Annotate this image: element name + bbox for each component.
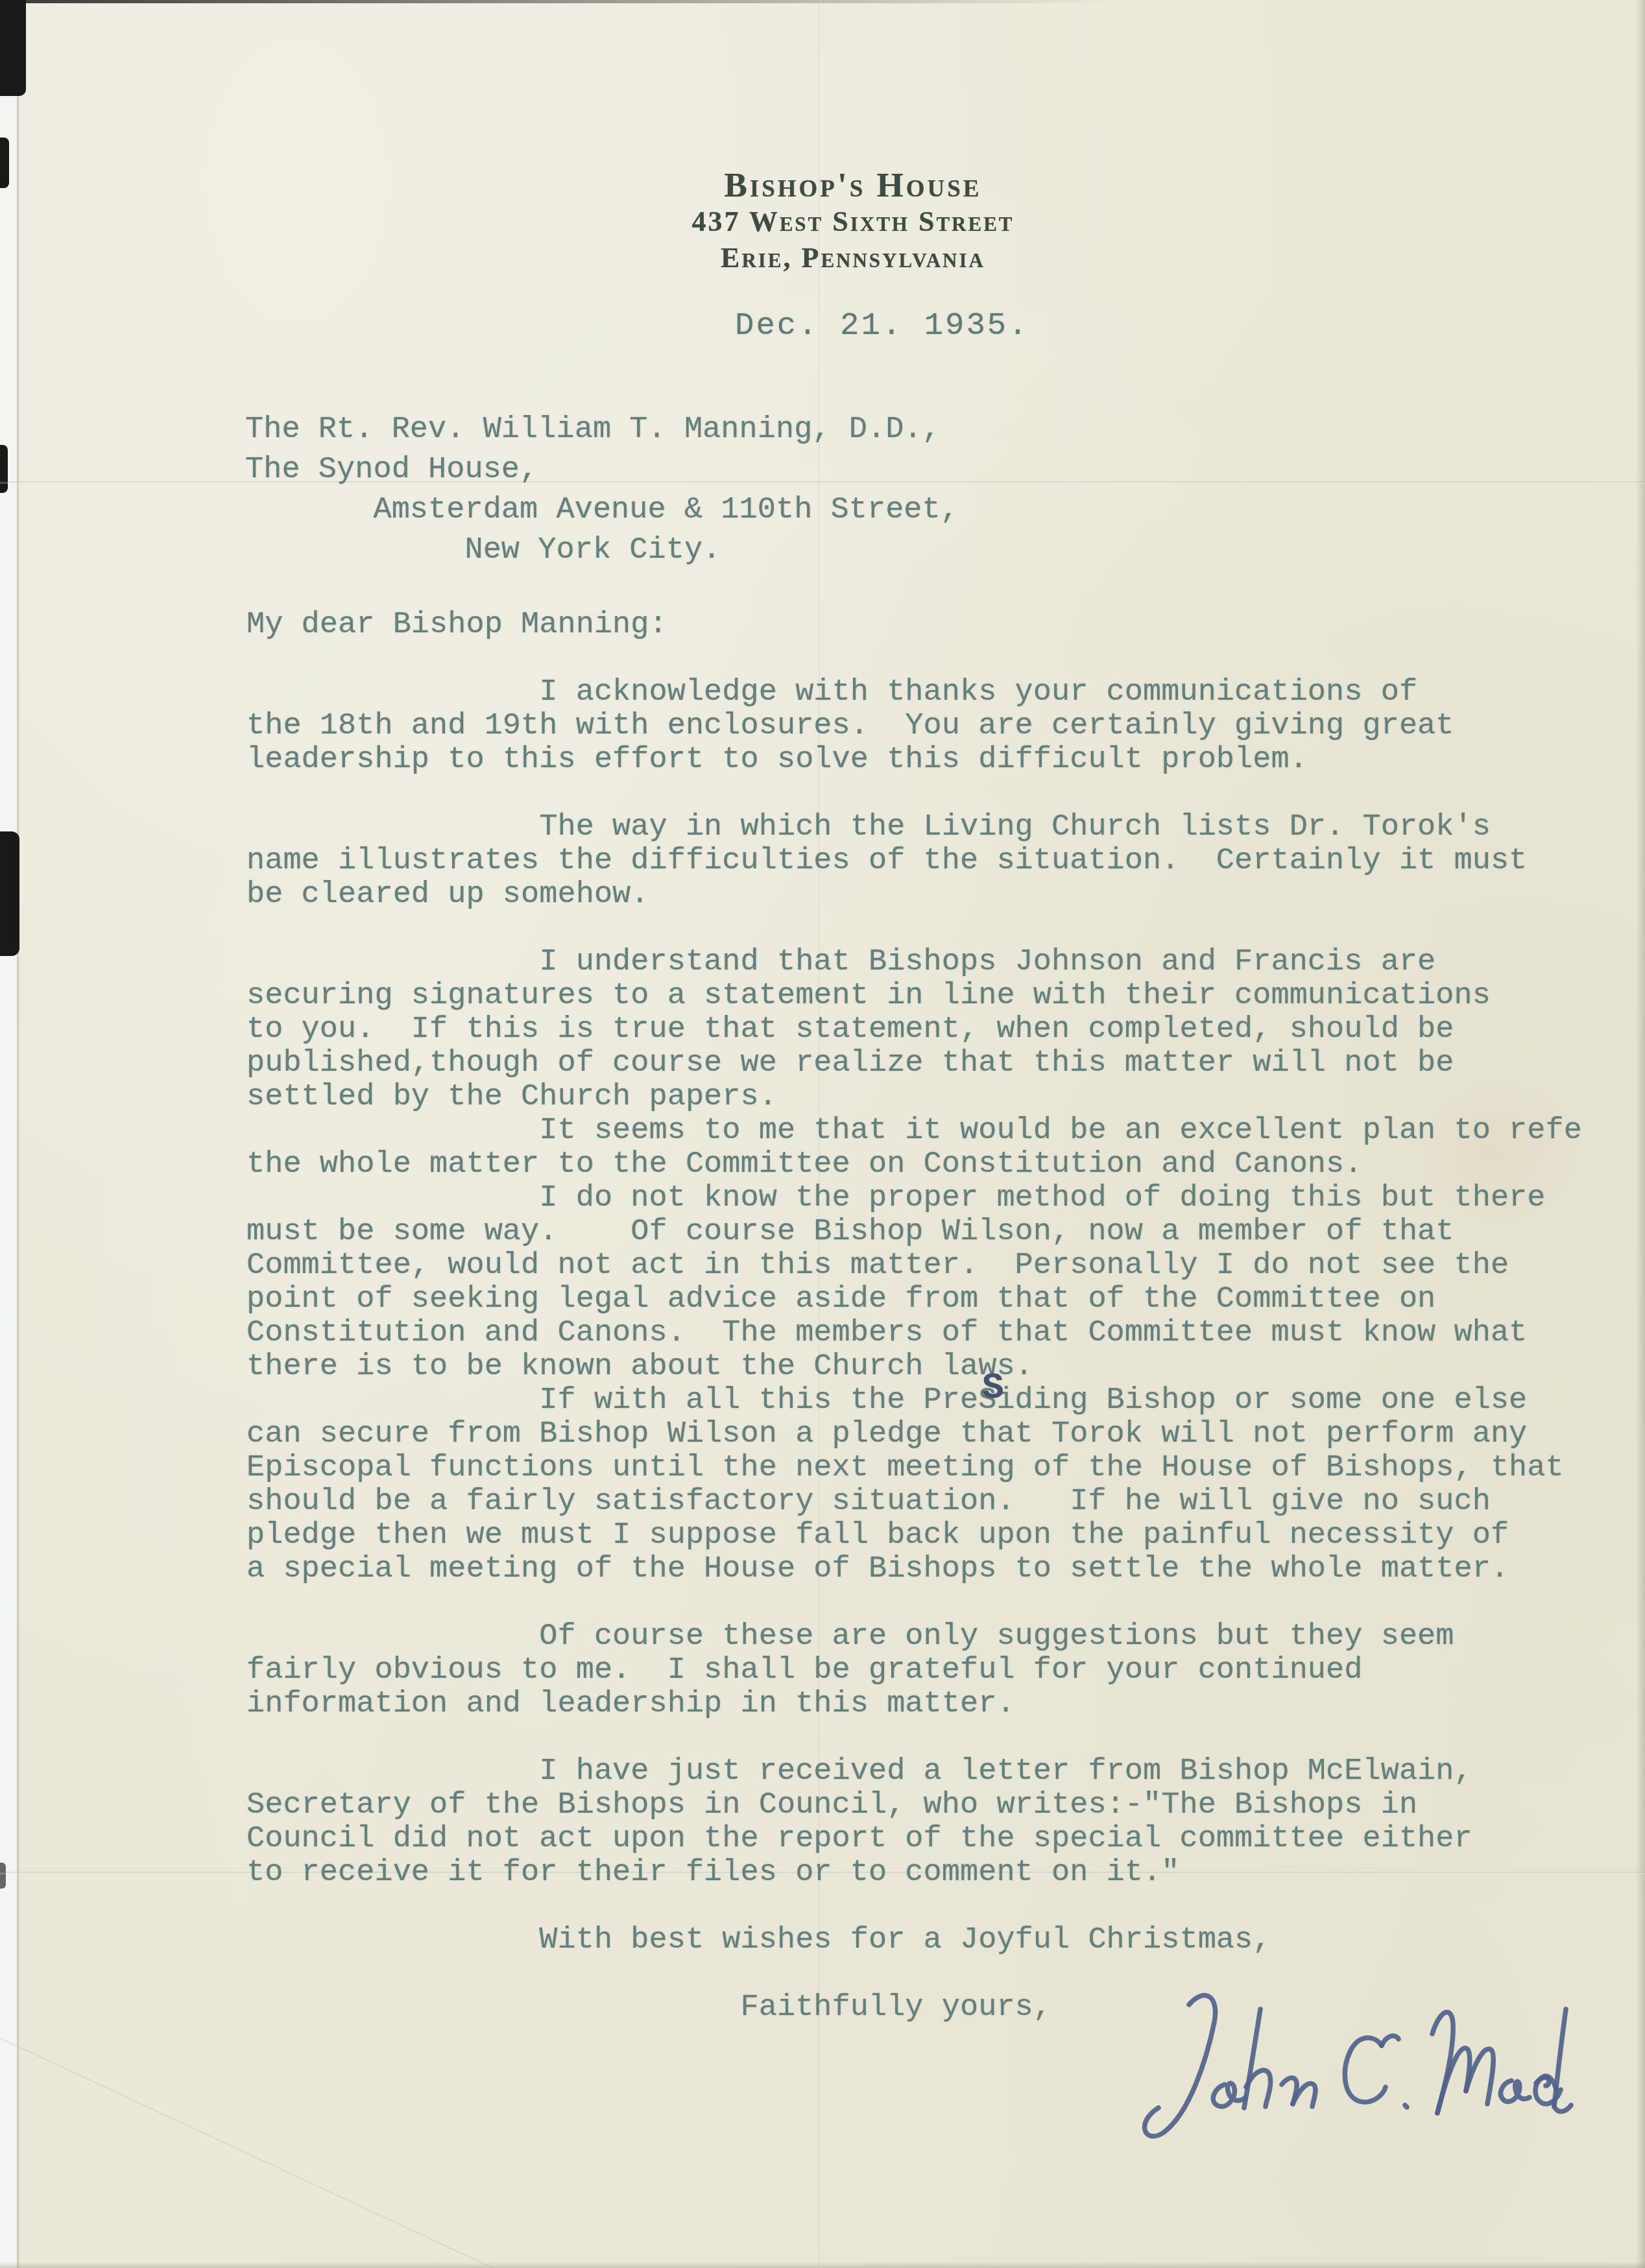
paper-bottom-edge-shadow [0, 2262, 1645, 2268]
scan-artifact-top-edge [0, 0, 1116, 3]
signature [1127, 1969, 1575, 2170]
scan-artifact-mark [0, 137, 9, 188]
letterhead-city: Erie, Pennsylvania [691, 240, 1014, 276]
letterhead-street: 437 West Sixth Street [691, 204, 1014, 240]
letterhead: Bishop's House 437 West Sixth Street Eri… [691, 167, 1014, 276]
letter-body: My dear Bishop Manning: I acknowledge wi… [246, 608, 1582, 2025]
recipient-address: The Rt. Rev. William T. Manning, D.D., T… [245, 410, 959, 571]
scanned-letter-page: Bishop's House 437 West Sixth Street Eri… [0, 0, 1645, 2268]
handwritten-correction-s: S [982, 1367, 1004, 1409]
scanner-background-strip [0, 0, 18, 2268]
date-line: Dec. 21. 1935. [735, 307, 1029, 344]
signature-ink-strokes [1127, 1969, 1575, 2170]
fold-crease-diagonal [0, 2029, 498, 2268]
paper-right-edge-shadow [1636, 0, 1645, 2268]
scan-artifact-black-corner [0, 0, 26, 96]
scan-artifact-mark [0, 445, 8, 493]
paper-left-edge-shadow [17, 0, 20, 2268]
scan-artifact-mark [0, 831, 19, 956]
letterhead-name: Bishop's House [691, 167, 1014, 204]
scan-artifact-mark [0, 1863, 6, 1889]
